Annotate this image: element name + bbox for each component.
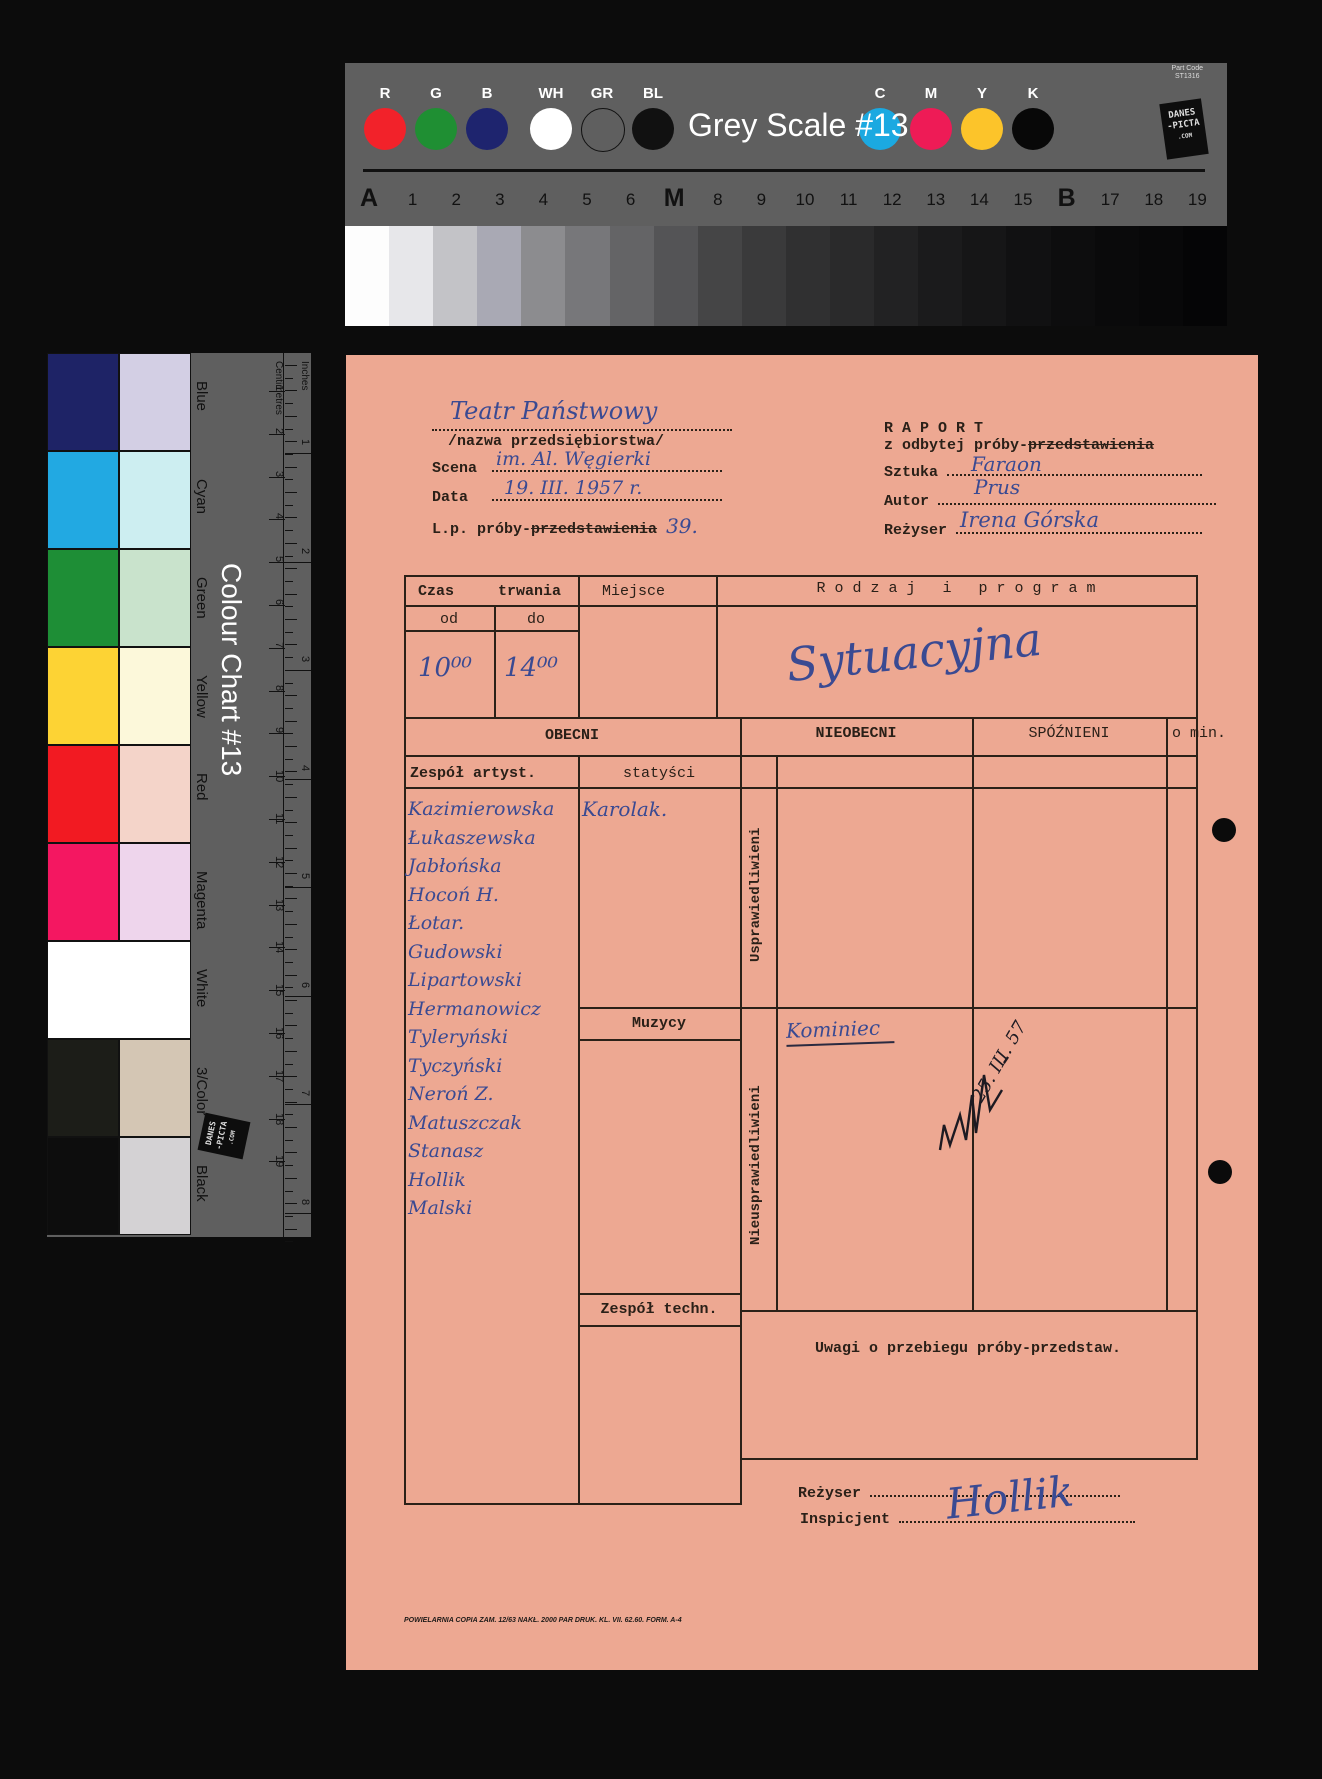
swatch-r	[364, 108, 406, 150]
colour-swatch-yellow-light	[119, 647, 191, 745]
artyst-name: Łotar.	[408, 909, 583, 938]
grey-step	[874, 226, 918, 326]
grey-step	[477, 226, 521, 326]
report-subtitle-struck: przedstawienia	[1028, 437, 1154, 454]
grey-step	[698, 226, 742, 326]
artyst-name: Kazimierowska	[408, 795, 583, 824]
part-code: Part Code ST1316	[1171, 65, 1203, 81]
scale-label: 9	[741, 190, 781, 210]
ruler-in-tick: 6	[299, 982, 311, 988]
grey-step	[786, 226, 830, 326]
swatch-label-y: Y	[960, 85, 1004, 102]
grey-step	[389, 226, 433, 326]
ruler-in-tick: 1	[299, 439, 311, 445]
swatch-g	[415, 108, 457, 150]
colour-swatch-green-dark	[47, 549, 119, 647]
do-label: do	[494, 611, 578, 628]
statysci-label: statyści	[578, 765, 740, 782]
swatch-label-g: G	[414, 85, 458, 102]
colour-swatch-blue-light	[119, 353, 191, 451]
swatch-label-m: M	[909, 85, 953, 102]
zespol-techn-label: Zespół techn.	[578, 1301, 740, 1318]
scale-label: 2	[436, 190, 476, 210]
o-min-label: o min.	[1172, 725, 1226, 742]
statysci-list: Karolak.	[582, 795, 740, 823]
ruler: Centimetres Inches 123456789101112131415…	[261, 353, 311, 1237]
grey-step	[610, 226, 654, 326]
artyst-name: Jabłońska	[408, 852, 583, 881]
swatch-bl	[632, 108, 674, 150]
ruler-in-tick: 7	[299, 1090, 311, 1096]
grey-step	[521, 226, 565, 326]
miejsce-label: Miejsce	[602, 583, 665, 600]
colour-swatch-black-light	[119, 1137, 191, 1235]
ruler-in-tick: 3	[299, 656, 311, 662]
rodzaj-value: Sytuacyjna	[784, 612, 1044, 692]
part-code-value: ST1316	[1171, 73, 1203, 81]
swatch-m	[910, 108, 952, 150]
grey-step	[654, 226, 698, 326]
sztuka-label: Sztuka	[884, 464, 938, 481]
autor-value: Prus	[974, 475, 1020, 499]
grey-step	[1183, 226, 1227, 326]
scale-label: 13	[916, 190, 956, 210]
colour-label: Cyan	[193, 479, 210, 514]
danes-picta-logo: DANES-PICTA.COM	[1159, 98, 1208, 159]
colour-swatch-cyan-dark	[47, 451, 119, 549]
artyst-name: Lipartowski	[408, 966, 583, 995]
scale-label: 11	[829, 190, 869, 210]
nieusprawiedliwieni-value: Kominiec	[786, 1015, 895, 1047]
grey-scale-strip	[345, 226, 1227, 326]
grey-step	[565, 226, 609, 326]
muzycy-label: Muzycy	[578, 1015, 740, 1032]
artyst-name: Malski	[408, 1194, 583, 1223]
scale-label: 18	[1134, 190, 1174, 210]
colour-label: Yellow	[193, 675, 210, 718]
artyst-name: Matuszczak	[408, 1109, 583, 1138]
rehearsal-report-form: Teatr Państwowy /nazwa przedsiębiorstwa/…	[346, 355, 1258, 1670]
grey-step	[433, 226, 477, 326]
rezyser-value: Irena Górska	[960, 508, 1099, 532]
colour-chart-card: BlueCyanGreenYellowRedMagentaWhite3/Colo…	[47, 353, 311, 1237]
punch-hole-bottom	[1208, 1160, 1232, 1184]
scena-row: Scena im. Al. Węgierki	[432, 456, 762, 477]
colour-label: Red	[193, 773, 210, 801]
czas-label: Czas	[418, 583, 454, 600]
data-row: Data 19. III. 1957 r.	[432, 485, 762, 506]
scale-label: 6	[611, 190, 651, 210]
colour-swatch-blue-dark	[47, 353, 119, 451]
sztuka-row: Sztuka Faraon	[884, 460, 1244, 481]
artyst-name: Hocoń H.	[408, 881, 583, 910]
scale-label: 1	[393, 190, 433, 210]
spoznieni-label: SPÓŹNIENI	[972, 725, 1166, 742]
od-label: od	[404, 611, 494, 628]
footer-inspicjent-label: Inspicjent	[800, 1511, 890, 1528]
colour-swatch-magenta-light	[119, 843, 191, 941]
rezyser-label: Reżyser	[884, 522, 947, 539]
ruler-in-label: Inches	[299, 361, 310, 390]
part-code-label: Part Code	[1171, 65, 1203, 73]
scale-label: B	[1047, 184, 1087, 213]
swatch-label-gr: GR	[580, 85, 624, 102]
colour-swatch-red-dark	[47, 745, 119, 843]
swatch-label-b: B	[465, 85, 509, 102]
grey-step	[830, 226, 874, 326]
rezyser-row: Reżyser Irena Górska	[884, 518, 1244, 539]
scale-label: 10	[785, 190, 825, 210]
colour-swatch-black-dark	[47, 1137, 119, 1235]
scale-label: 3	[480, 190, 520, 210]
grey-step	[1095, 226, 1139, 326]
scale-label: M	[654, 184, 694, 213]
colour-swatch-green-light	[119, 549, 191, 647]
ruler-in-tick: 8	[299, 1199, 311, 1205]
printer-note: POWIELARNIA COPIA ZAM. 12/63 NAKŁ. 2000 …	[404, 1617, 682, 1624]
report-title: R A P O R T	[884, 420, 1244, 437]
swatch-label-wh: WH	[529, 85, 573, 102]
colour-swatch-3-color-dark	[47, 1039, 119, 1137]
scale-label: 14	[959, 190, 999, 210]
lp-struck: przedstawienia	[531, 521, 657, 538]
rodzaj-label: R o d z a j i p r o g r a m	[716, 580, 1196, 597]
grey-step	[962, 226, 1006, 326]
grey-step	[1139, 226, 1183, 326]
sztuka-value: Faraon	[971, 452, 1042, 476]
autor-row: Autor Prus	[884, 489, 1244, 510]
usprawiedliwieni-label: Usprawiedliwieni	[748, 795, 764, 995]
colour-swatch-magenta-dark	[47, 843, 119, 941]
ruler-in-tick: 5	[299, 873, 311, 879]
swatch-y	[961, 108, 1003, 150]
header-left: Teatr Państwowy /nazwa przedsiębiorstwa/…	[432, 405, 762, 538]
colour-swatch-3-color-light	[119, 1039, 191, 1137]
trwania-label: trwania	[498, 583, 561, 600]
swatch-label-c: C	[858, 85, 902, 102]
grey-scale-rule	[363, 169, 1205, 172]
colour-label: White	[193, 969, 210, 1007]
artyst-name: Łukaszewska	[408, 824, 583, 853]
nieobecni-label: NIEOBECNI	[740, 725, 972, 742]
colour-label: Blue	[193, 381, 210, 411]
ruler-in-tick: 2	[299, 548, 311, 554]
artyst-name: Tyleryński	[408, 1023, 583, 1052]
grey-step	[918, 226, 962, 326]
zespol-artyst-label: Zespół artyst.	[410, 765, 536, 782]
autor-label: Autor	[884, 493, 929, 510]
nieusprawiedliwieni-label: Nieusprawiedliwieni	[748, 1045, 764, 1285]
scale-label: A	[349, 184, 389, 213]
swatch-k	[1012, 108, 1054, 150]
scale-label: 17	[1090, 190, 1130, 210]
header-right: R A P O R T z odbytej próby-przedstawien…	[884, 420, 1244, 539]
grey-step	[1006, 226, 1050, 326]
artyst-name: Neroń Z.	[408, 1080, 583, 1109]
grey-step	[345, 226, 389, 326]
artyst-name: Hermanowicz	[408, 995, 583, 1024]
do-value: 14⁰⁰	[504, 653, 558, 683]
colour-swatch-cyan-light	[119, 451, 191, 549]
data-label: Data	[432, 489, 468, 506]
obecni-label: OBECNI	[404, 727, 740, 744]
data-value: 19. III. 1957 r.	[504, 477, 642, 499]
artyst-name: Stanasz	[408, 1137, 583, 1166]
uwagi-label: Uwagi o przebiegu próby-przedstaw.	[740, 1340, 1196, 1357]
colour-swatch-yellow-dark	[47, 647, 119, 745]
lp-label: L.p. próby-	[432, 521, 531, 538]
scale-label: 15	[1003, 190, 1043, 210]
report-subtitle: z odbytej próby-przedstawienia	[884, 437, 1244, 454]
colour-label: Magenta	[193, 871, 210, 929]
artyst-name: Gudowski	[408, 938, 583, 967]
statysta-name: Karolak.	[582, 795, 740, 823]
swatch-wh	[530, 108, 572, 150]
ruler-in-tick: 4	[299, 765, 311, 771]
grey-scale-card: RGBWHGRBLCMYK Grey Scale #13 Part Code S…	[345, 63, 1227, 326]
colour-label: Green	[193, 577, 210, 619]
grey-step	[1051, 226, 1095, 326]
swatch-b	[466, 108, 508, 150]
footer-rezyser-label: Reżyser	[798, 1485, 861, 1502]
grey-scale-title: Grey Scale #13	[688, 107, 909, 144]
colour-label: 3/Color	[193, 1067, 210, 1115]
lp-value: 39.	[666, 514, 698, 538]
swatch-label-bl: BL	[631, 85, 675, 102]
scale-label: 5	[567, 190, 607, 210]
grey-step	[742, 226, 786, 326]
danes-picta-logo-small: DANES-PICTA.COM	[198, 1113, 251, 1160]
scale-label: 19	[1177, 190, 1217, 210]
zespol-artyst-list: KazimierowskaŁukaszewskaJabłońskaHocoń H…	[408, 795, 583, 1223]
colour-label: Black	[193, 1165, 210, 1202]
swatch-label-r: R	[363, 85, 407, 102]
scale-label: 8	[698, 190, 738, 210]
od-value: 10⁰⁰	[418, 653, 472, 683]
scena-label: Scena	[432, 460, 477, 477]
colour-swatch-white	[47, 941, 191, 1039]
lp-row: L.p. próby-przedstawienia 39.	[432, 514, 762, 538]
scale-label: 4	[523, 190, 563, 210]
artyst-name: Tyczyński	[408, 1052, 583, 1081]
punch-hole-top	[1212, 818, 1236, 842]
artyst-name: Hollik	[408, 1166, 583, 1195]
scena-value: im. Al. Węgierki	[496, 448, 651, 470]
colour-chart-title: Colour Chart #13	[215, 563, 247, 776]
company-name: Teatr Państwowy	[450, 397, 657, 425]
scale-label: 12	[872, 190, 912, 210]
swatch-gr	[581, 108, 625, 152]
colour-swatch-red-light	[119, 745, 191, 843]
swatch-label-k: K	[1011, 85, 1055, 102]
